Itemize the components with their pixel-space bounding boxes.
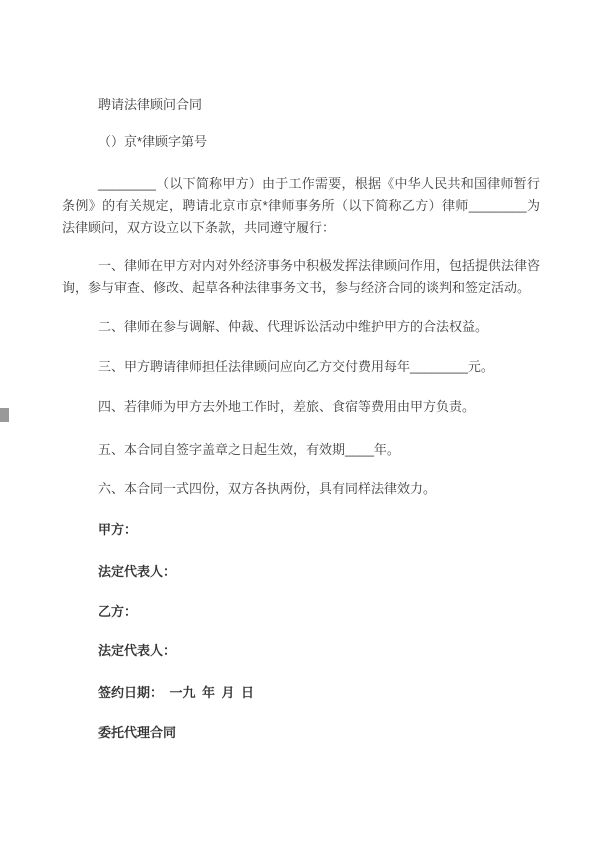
document-number-line: （）京*律顾字第号	[62, 131, 540, 153]
party-b-representative-label: 法定代表人：	[62, 640, 540, 662]
document-title: 聘请法律顾问合同	[62, 94, 540, 116]
preamble-paragraph: ________（以下简称甲方）由于工作需要，根据《中华人民共和国律师暂行条例》…	[62, 173, 540, 239]
party-b-label: 乙方：	[62, 601, 540, 623]
clause-4: 四、若律师为甲方去外地工作时，差旅、食宿等费用由甲方负责。	[62, 396, 540, 418]
next-document-title: 委托代理合同	[62, 722, 540, 744]
clause-3: 三、甲方聘请律师担任法律顾问应向乙方交付费用每年________元。	[62, 356, 540, 378]
contract-document: 聘请法律顾问合同 （）京*律顾字第号 ________（以下简称甲方）由于工作需…	[62, 94, 540, 744]
clause-6: 六、本合同一式四份，双方各执两份，具有同样法律效力。	[62, 478, 540, 500]
document-page: 聘请法律顾问合同 （）京*律顾字第号 ________（以下简称甲方）由于工作需…	[0, 0, 600, 848]
signing-date-line: 签约日期： 一九 年 月 日	[62, 682, 540, 704]
party-a-label: 甲方：	[62, 519, 540, 541]
clause-5: 五、本合同自签字盖章之日起生效，有效期____年。	[62, 439, 540, 461]
clause-1: 一、律师在甲方对内对外经济事务中积极发挥法律顾问作用，包括提供法律咨询，参与审查…	[62, 255, 540, 299]
clause-2: 二、律师在参与调解、仲裁、代理诉讼活动中维护甲方的合法权益。	[62, 316, 540, 338]
left-edge-artifact	[0, 408, 9, 422]
party-a-representative-label: 法定代表人：	[62, 561, 540, 583]
